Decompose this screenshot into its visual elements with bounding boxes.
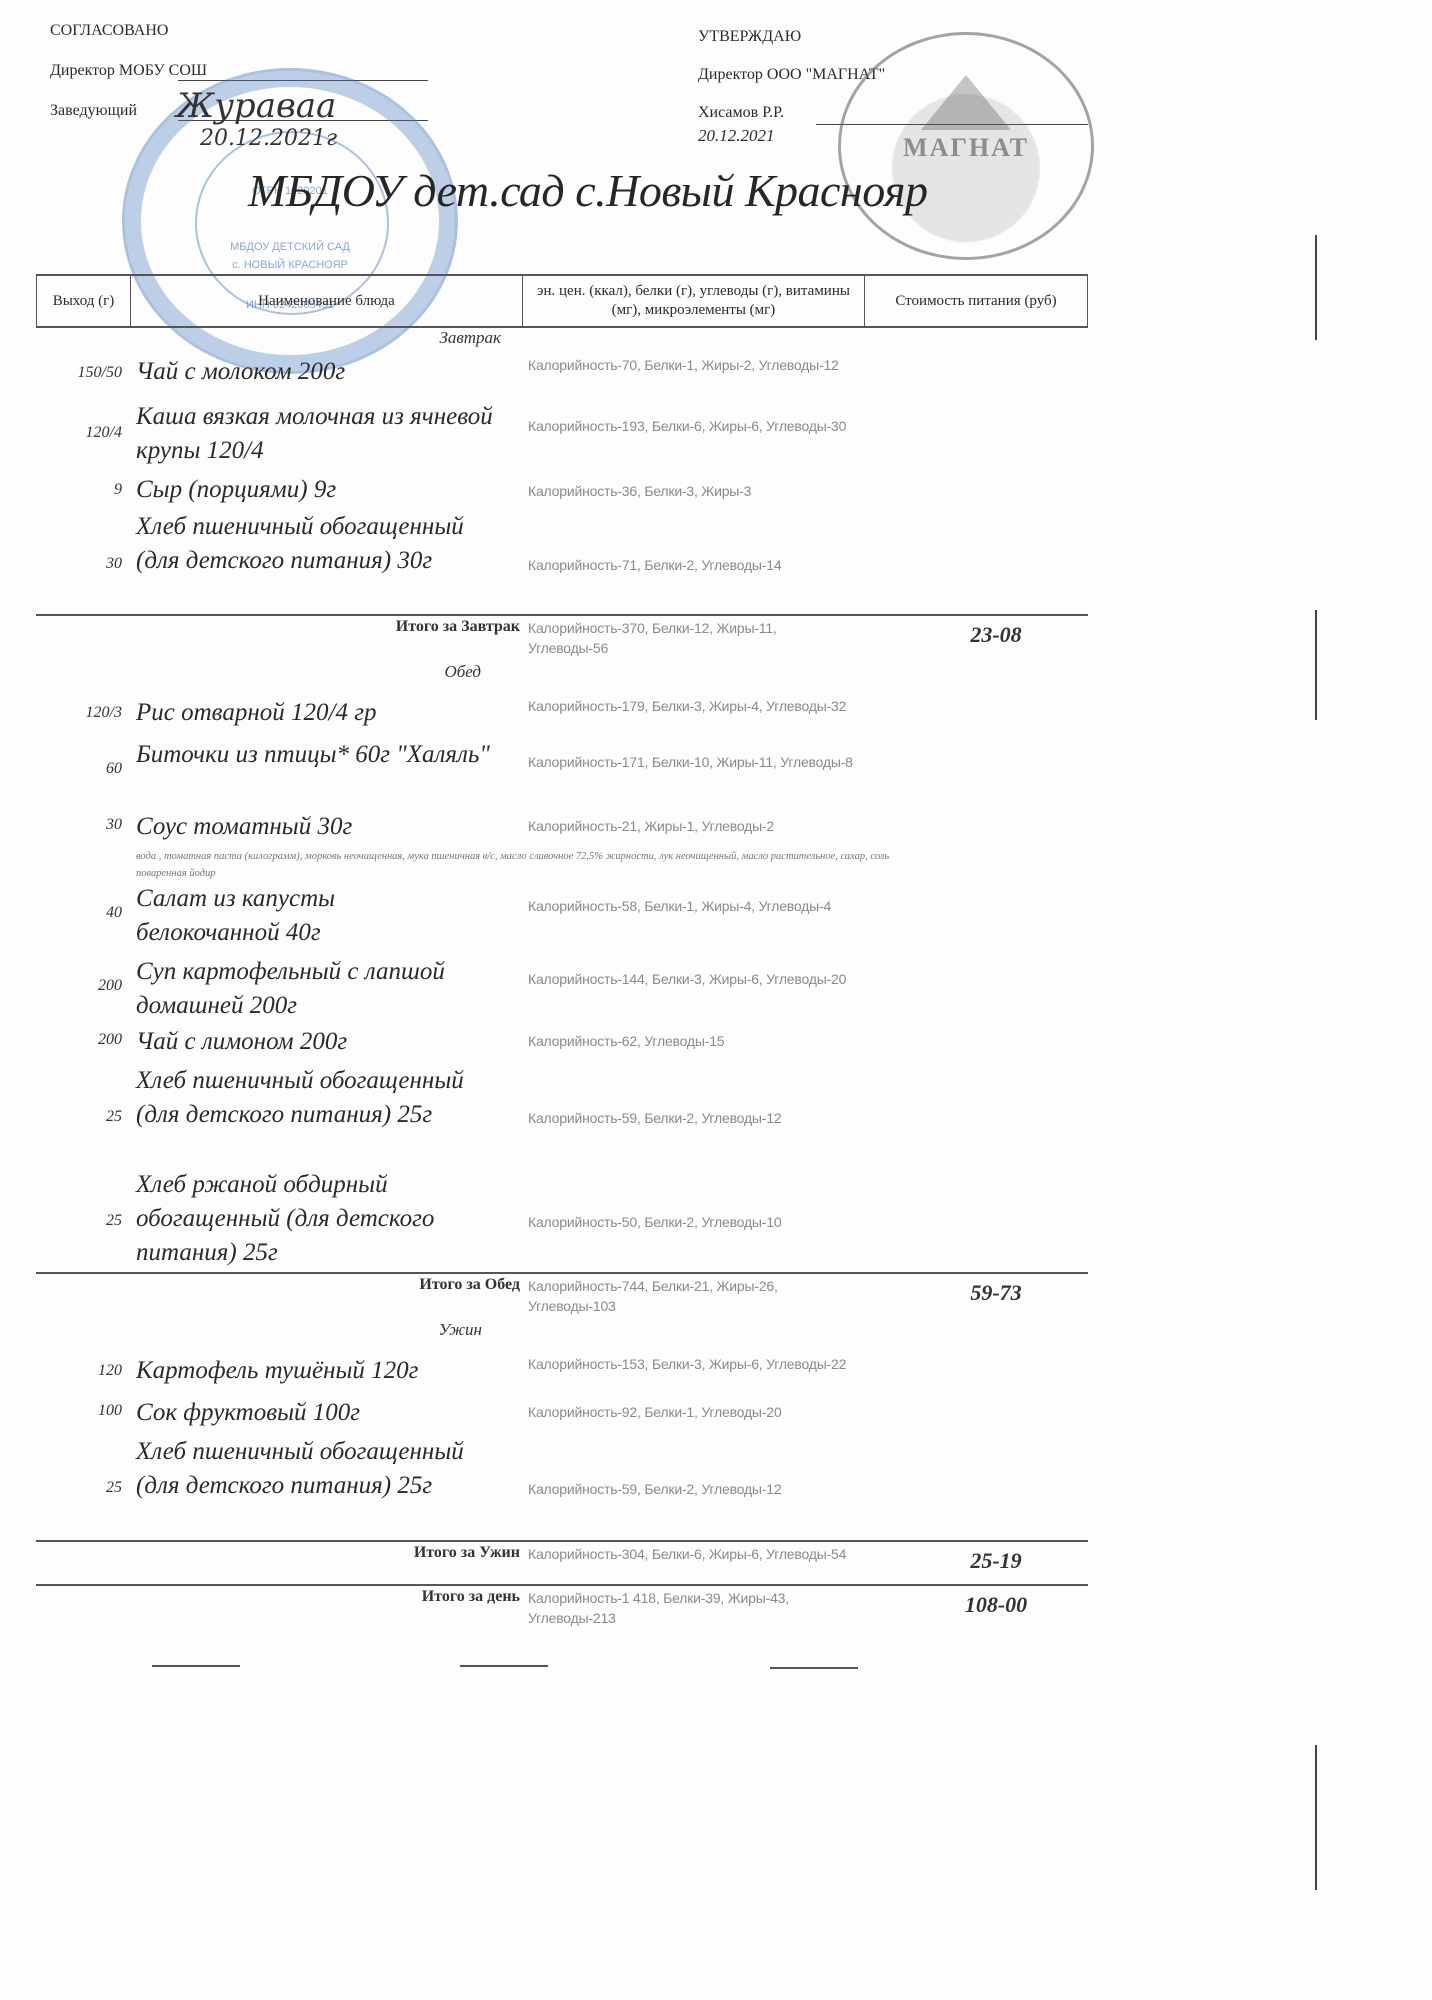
mountain-logo-icon	[921, 75, 1011, 130]
dish-name: Хлеб пшеничный обогащенный (для детского…	[136, 1435, 496, 1503]
dish-name: Картофель тушёный 120г	[136, 1354, 526, 1388]
total-label: Итого за Обед	[36, 1276, 520, 1294]
output-value: 200	[36, 1031, 122, 1049]
total-cost: 25-19	[936, 1548, 1056, 1574]
dish-name: Чай с лимоном 200г	[136, 1025, 526, 1059]
nutrition-info: Калорийность-36, Белки-3, Жиры-3	[528, 481, 858, 501]
seal-text: с. НОВЫЙ КРАСНОЯР	[125, 257, 455, 273]
total-label: Итого за день	[36, 1588, 520, 1606]
total-nutrition: Калорийность-370, Белки-12, Жиры-11, Угл…	[528, 618, 858, 658]
output-value: 150/50	[36, 364, 122, 382]
approval-role: Заведующий	[50, 102, 137, 120]
dish-name: Хлеб ржаной обдирный обогащенный (для де…	[136, 1168, 496, 1270]
output-value: 30	[36, 555, 122, 573]
nutrition-info: Калорийность-58, Белки-1, Жиры-4, Углево…	[528, 896, 858, 916]
total-label: Итого за Ужин	[36, 1544, 520, 1562]
seal-brand: МАГНАТ	[841, 133, 1091, 163]
scan-edge-mark	[1315, 610, 1317, 720]
column-header-output: Выход (г)	[36, 276, 130, 326]
nutrition-info: Калорийность-71, Белки-2, Углеводы-14	[528, 555, 858, 575]
divider	[36, 1272, 1088, 1274]
total-nutrition: Калорийность-304, Белки-6, Жиры-6, Углев…	[528, 1544, 858, 1564]
output-value: 60	[36, 760, 122, 778]
dish-name: Рис отварной 120/4 гр	[136, 696, 526, 730]
approval-label: СОГЛАСОВАНО	[50, 22, 168, 40]
handwritten-signature: Жураваа	[176, 86, 336, 126]
nutrition-info: Калорийность-92, Белки-1, Углеводы-20	[528, 1402, 858, 1422]
dish-name: Соус томатный 30г	[136, 810, 526, 844]
output-value: 25	[36, 1479, 122, 1497]
output-value: 120/3	[36, 704, 122, 722]
section-title-lunch: Обед	[0, 662, 481, 682]
nutrition-info: Калорийность-144, Белки-3, Жиры-6, Углев…	[528, 969, 858, 989]
dish-name: Сок фруктовый 100г	[136, 1396, 526, 1430]
dish-name: Чай с молоком 200г	[136, 355, 526, 389]
total-nutrition: Калорийность-1 418, Белки-39, Жиры-43, У…	[528, 1588, 858, 1628]
signature-blank	[152, 1665, 240, 1667]
nutrition-info: Калорийность-21, Жиры-1, Углеводы-2	[528, 816, 858, 836]
dish-name: Каша вязкая молочная из ячневой крупы 12…	[136, 400, 516, 468]
dish-name: Хлеб пшеничный обогащенный (для детского…	[136, 510, 496, 578]
output-value: 9	[36, 481, 122, 499]
divider	[36, 1540, 1088, 1542]
output-value: 30	[36, 816, 122, 834]
total-cost: 23-08	[936, 622, 1056, 648]
page-title: МБДОУ дет.сад с.Новый Краснояр	[248, 164, 928, 217]
approve-position: Директор ООО "МАГНАТ"	[698, 66, 885, 84]
nutrition-info: Калорийность-62, Углеводы-15	[528, 1031, 858, 1051]
output-value: 25	[36, 1212, 122, 1230]
section-title-breakfast: Завтрак	[0, 328, 501, 348]
dish-name: Биточки из птицы* 60г "Халяль"	[136, 738, 496, 772]
approval-position: Директор МОБУ СОШ	[50, 62, 207, 80]
nutrition-info: Калорийность-59, Белки-2, Углеводы-12	[528, 1479, 858, 1499]
total-cost: 108-00	[936, 1592, 1056, 1618]
table-header: Выход (г) Наименование блюда эн. цен. (к…	[36, 274, 1088, 328]
divider	[36, 614, 1088, 616]
output-value: 25	[36, 1108, 122, 1126]
total-nutrition: Калорийность-744, Белки-21, Жиры-26, Угл…	[528, 1276, 858, 1316]
nutrition-info: Калорийность-50, Белки-2, Углеводы-10	[528, 1212, 858, 1232]
total-cost: 59-73	[936, 1280, 1056, 1306]
dish-name: Хлеб пшеничный обогащенный (для детского…	[136, 1064, 496, 1132]
column-header-dish: Наименование блюда	[130, 276, 522, 326]
company-seal-stamp: МАГНАТ	[838, 32, 1094, 260]
approve-label: УТВЕРЖДАЮ	[698, 28, 801, 46]
output-value: 200	[36, 977, 122, 995]
seal-text: МБДОУ ДЕТСКИЙ САД	[125, 239, 455, 255]
section-title-dinner: Ужин	[0, 1320, 482, 1340]
nutrition-info: Калорийность-59, Белки-2, Углеводы-12	[528, 1108, 858, 1128]
approve-date: 20.12.2021	[698, 126, 775, 146]
approve-name: Хисамов Р.Р.	[698, 104, 784, 122]
dish-name: Салат из капусты белокочанной 40г	[136, 882, 436, 950]
scan-edge-mark	[1315, 235, 1317, 340]
dish-name: Сыр (порциями) 9г	[136, 473, 526, 507]
scan-edge-mark	[1315, 1745, 1317, 1890]
total-label: Итого за Завтрак	[36, 618, 520, 636]
nutrition-info: Калорийность-70, Белки-1, Жиры-2, Углево…	[528, 355, 858, 375]
output-value: 100	[36, 1402, 122, 1420]
output-value: 40	[36, 904, 122, 922]
nutrition-info: Калорийность-171, Белки-10, Жиры-11, Угл…	[528, 752, 858, 772]
nutrition-info: Калорийность-153, Белки-3, Жиры-6, Углев…	[528, 1354, 858, 1374]
divider	[36, 1584, 1088, 1586]
column-header-cost: Стоимость питания (руб)	[864, 276, 1088, 326]
handwritten-date: 20.12.2021г	[200, 126, 337, 151]
output-value: 120	[36, 1362, 122, 1380]
nutrition-info: Калорийность-193, Белки-6, Жиры-6, Углев…	[528, 416, 858, 436]
signature-blank	[770, 1667, 858, 1669]
dish-name: Суп картофельный с лапшой домашней 200г	[136, 955, 526, 1023]
ingredients-list: вода , томатная паста (килограмм), морко…	[136, 848, 896, 882]
output-value: 120/4	[36, 424, 122, 442]
signature-blank	[460, 1665, 548, 1667]
nutrition-info: Калорийность-179, Белки-3, Жиры-4, Углев…	[528, 696, 858, 716]
column-header-nutrition: эн. цен. (ккал), белки (г), углеводы (г)…	[522, 276, 864, 326]
